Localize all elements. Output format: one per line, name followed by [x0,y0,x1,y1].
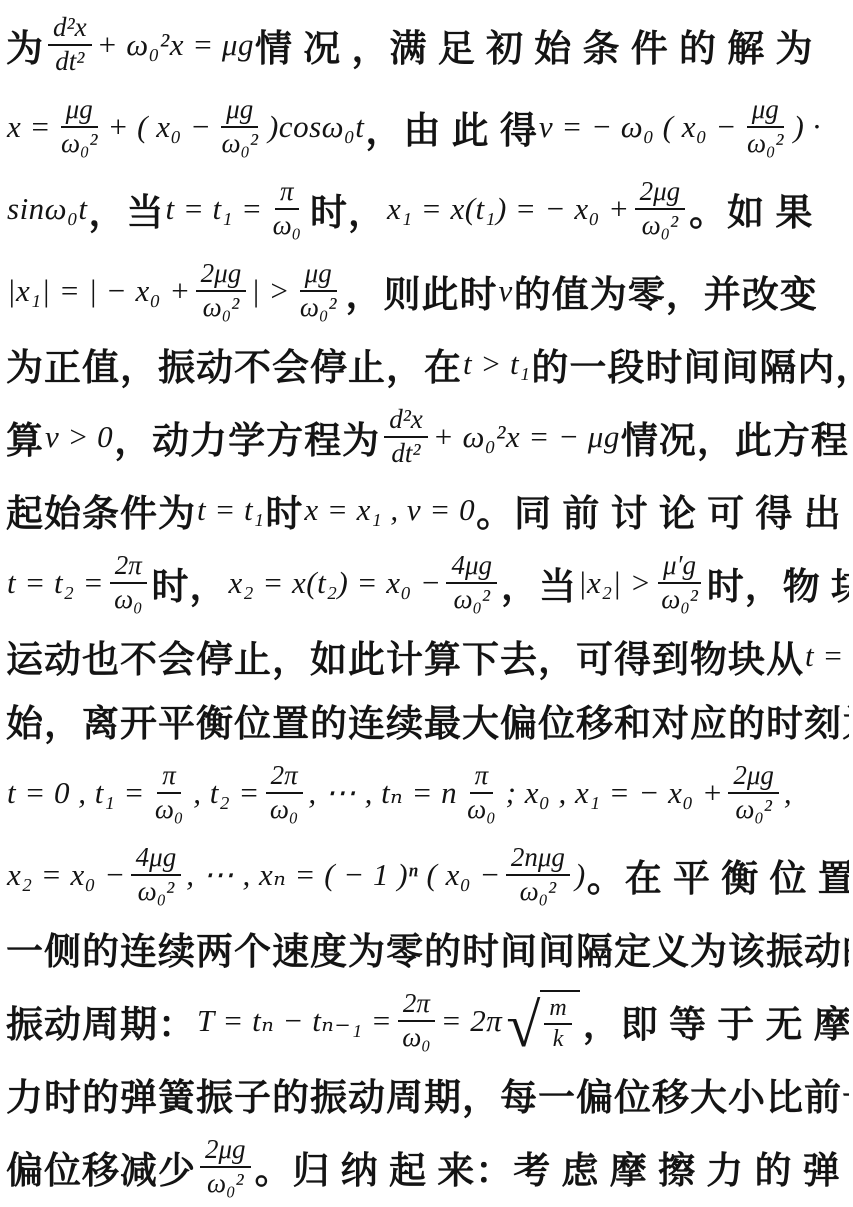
scanned-textbook-page: 为 d²xdt²+ ω₀²x = μg 情 况 ，满 足 初 始 条 件 的 解… [0,0,853,1207]
fraction: 2μgω₀² [728,761,779,824]
radical-sign-icon: √ [506,997,540,1056]
math-run: = 2π [440,1003,504,1039]
fraction-numerator: μg [300,259,337,292]
fraction-denominator: dt² [386,438,425,469]
text-run: 。归 纳 起 来：考 虑 摩 擦 力 的 弹 簧 振 子 的 [255,1140,849,1194]
text-line-3: sinω₀t，当 t = t₁ = πω₀时，x₁ = x(t₁) = − x₀… [6,168,849,250]
fraction-numerator: π [275,177,299,210]
fraction: d²xdt² [48,13,92,76]
fraction: μ′gω₀² [656,551,703,614]
fraction-denominator: ω₀ [397,1022,435,1053]
math-run: v [497,273,513,309]
math-run: , t₂ = [192,775,261,811]
text-line-6: 算 v > 0，动力学方程为d²xdt²+ ω₀²x = − μg情况，此方程的 [6,396,849,478]
text-run: 一侧的连续两个速度为零的时间间隔定义为该振动的 [6,921,849,975]
fraction-denominator: ω₀ [150,794,188,825]
text-run: 的一段时间间隔内，计 [531,337,849,391]
fraction: d²xdt² [384,405,428,468]
text-run: 情况，此方程的 [621,410,849,464]
math-run: T = tₙ − tₙ₋₁ = [196,1003,393,1039]
math-run: ) · [793,109,822,145]
fraction-numerator: d²x [48,13,92,46]
fraction: 4μgω₀² [131,843,182,906]
fraction-denominator: ω₀ [462,794,500,825]
text-run: 算 [6,410,44,464]
fraction: 4μgω₀² [446,551,497,614]
text-line-14: 振动周期：T = tₙ − tₙ₋₁ = 2πω₀= 2π√mk，即 等 于 无… [6,980,849,1062]
math-run: + ω₀²x = μg [96,27,255,63]
fraction: 2μgω₀² [200,1135,251,1198]
square-root: √mk [506,990,579,1052]
fraction-numerator: μg [221,95,258,128]
text-run: 的值为零，并改变 [514,264,818,318]
fraction-numerator: μg [747,95,784,128]
fraction-numerator: d²x [384,405,428,438]
text-run: 情 况 ，满 足 初 始 条 件 的 解 为 [255,18,814,72]
text-line-2: x = μgω₀²+ ( x₀ − μgω₀²)cosω₀t，由 此 得 v =… [6,86,849,168]
fraction: μgω₀² [295,259,342,322]
fraction: 2μgω₀² [635,177,686,240]
fraction: πω₀ [268,177,306,240]
fraction-denominator: ω₀² [216,128,263,159]
fraction-denominator: ω₀² [202,1168,249,1199]
fraction: μgω₀² [216,95,263,158]
text-line-7: 起始条件为 t = t₁ 时 x = x₁ , v = 0。同 前 讨 论 可 … [6,478,849,542]
fraction-denominator: ω₀² [295,292,342,323]
text-run: ，由 此 得 [365,100,538,154]
text-line-10: 始，离开平衡位置的连续最大偏位移和对应的时刻为： [6,688,849,752]
fraction-numerator: 4μg [131,843,182,876]
fraction-denominator: ω₀² [515,876,562,907]
math-run: v = − ω₀ ( x₀ − [538,109,738,145]
text-line-9: 运动也不会停止，如此计算下去，可得到物块从 t = 0 开 [6,624,849,688]
fraction: 2nμgω₀² [506,843,570,906]
math-run: t = t₂ = [6,565,105,601]
math-run: v > 0 [44,419,114,455]
text-run: 运动也不会停止，如此计算下去，可得到物块从 [6,629,804,683]
math-run: sinω₀t [6,191,88,227]
math-run: t = 0 [804,638,849,674]
text-run: ，当 [88,182,164,236]
math-run: |x₁| = | − x₀ + [6,273,192,309]
square-root-body: mk [540,990,579,1052]
math-run: x₁ = x(t₁) = − x₀ + [386,191,631,227]
text-line-12: x₂ = x₀ − 4μgω₀², ⋯ , xₙ = ( − 1 )ⁿ ( x₀… [6,834,849,916]
fraction-denominator: ω₀² [730,794,777,825]
text-line-4: |x₁| = | − x₀ + 2μgω₀²| > μgω₀²，则此时 v 的值… [6,250,849,332]
math-run: t = t₁ = [164,191,263,227]
fraction: μgω₀² [56,95,103,158]
fraction-numerator: 4μg [446,551,497,584]
math-run: , ⋯ , xₙ = ( − 1 )ⁿ ( x₀ − [185,857,502,893]
math-run: + ω₀²x = − μg [432,419,621,455]
text-run: 。同 前 讨 论 可 得 出 [476,483,842,537]
math-run: t = 0 , t₁ = [6,775,146,811]
text-run: 时， [152,556,228,610]
fraction-numerator: 2π [266,761,303,794]
text-run: ，当 [501,556,577,610]
fraction-numerator: 2μg [728,761,779,794]
text-line-8: t = t₂ = 2πω₀时，x₂ = x(t₂) = x₀ − 4μgω₀²，… [6,542,849,624]
math-run: ) [574,857,587,893]
math-run: t > t₁ [462,346,531,382]
text-line-13: 一侧的连续两个速度为零的时间间隔定义为该振动的 [6,916,849,980]
text-run: 为正值，振动不会停止，在 [6,337,462,391]
fraction: 2πω₀ [109,551,147,614]
text-line-15: 力时的弹簧振子的振动周期，每一偏位移大小比前一 [6,1062,849,1126]
fraction-numerator: 2μg [196,259,247,292]
fraction: μgω₀² [742,95,789,158]
fraction-numerator: 2π [398,989,435,1022]
fraction-denominator: ω₀² [56,128,103,159]
text-run: ，即 等 于 无 摩 擦 [583,994,849,1048]
fraction: 2πω₀ [397,989,435,1052]
text-line-11: t = 0 , t₁ = πω₀, t₂ = 2πω₀, ⋯ , tₙ = n … [6,752,849,834]
fraction-numerator: π [157,761,181,794]
text-run: 起始条件为 [6,483,196,537]
text-line-16: 偏位移减少2μgω₀²。归 纳 起 来：考 虑 摩 擦 力 的 弹 簧 振 子 … [6,1126,849,1207]
math-run: x₂ = x(t₂) = x₀ − [228,565,443,601]
math-run: | > [250,273,291,309]
math-run: x = [6,109,52,145]
text-run: 时 [265,483,303,537]
text-run: 时，物 块 [707,556,849,610]
math-run: ; x₀ , x₁ = − x₀ + [505,775,725,811]
text-run: 。在 平 衡 位 置 同 [587,848,849,902]
fraction-denominator: ω₀² [742,128,789,159]
text-run: 为 [6,18,44,72]
math-run: x = x₁ , v = 0 [303,492,476,528]
math-run: x₂ = x₀ − [6,857,127,893]
text-run: ，动力学方程为 [114,410,380,464]
fraction-numerator: μg [61,95,98,128]
text-run: ，则此时 [345,264,497,318]
fraction-denominator: ω₀² [133,876,180,907]
text-run: 力时的弹簧振子的振动周期，每一偏位移大小比前一 [6,1067,849,1121]
fraction-denominator: ω₀² [448,584,495,615]
fraction-denominator: ω₀ [109,584,147,615]
fraction-denominator: ω₀ [268,210,306,241]
fraction: πω₀ [150,761,188,824]
fraction-denominator: ω₀² [198,292,245,323]
fraction-denominator: ω₀² [637,210,684,241]
text-run: 始，离开平衡位置的连续最大偏位移和对应的时刻为： [6,693,849,747]
fraction-numerator: 2μg [200,1135,251,1168]
page-text-content: 为 d²xdt²+ ω₀²x = μg 情 况 ，满 足 初 始 条 件 的 解… [6,4,849,1207]
fraction: πω₀ [462,761,500,824]
math-run: )cosω₀t [267,109,365,145]
math-run: t = t₁ [196,492,265,528]
text-run: 振动周期： [6,994,196,1048]
fraction-denominator: ω₀ [265,794,303,825]
math-run: , [783,775,793,811]
math-run: |x₂| > [577,565,652,601]
fraction-numerator: 2π [110,551,147,584]
fraction-numerator: π [470,761,494,794]
text-line-5: 为正值，振动不会停止，在 t > t₁ 的一段时间间隔内，计 [6,332,849,396]
text-run: 时， [310,182,386,236]
math-run: + ( x₀ − [106,109,212,145]
fraction: 2μgω₀² [196,259,247,322]
math-run: , ⋯ , tₙ = n [307,775,458,811]
fraction: 2πω₀ [265,761,303,824]
fraction-numerator: 2μg [635,177,686,210]
text-line-1: 为 d²xdt²+ ω₀²x = μg 情 况 ，满 足 初 始 条 件 的 解… [6,4,849,86]
fraction-denominator: ω₀² [656,584,703,615]
fraction-numerator: μ′g [658,551,701,584]
text-run: 偏位移减少 [6,1140,196,1194]
fraction-numerator: 2nμg [506,843,570,876]
fraction-denominator: dt² [50,46,89,77]
text-run: 。如 果 [689,182,813,236]
